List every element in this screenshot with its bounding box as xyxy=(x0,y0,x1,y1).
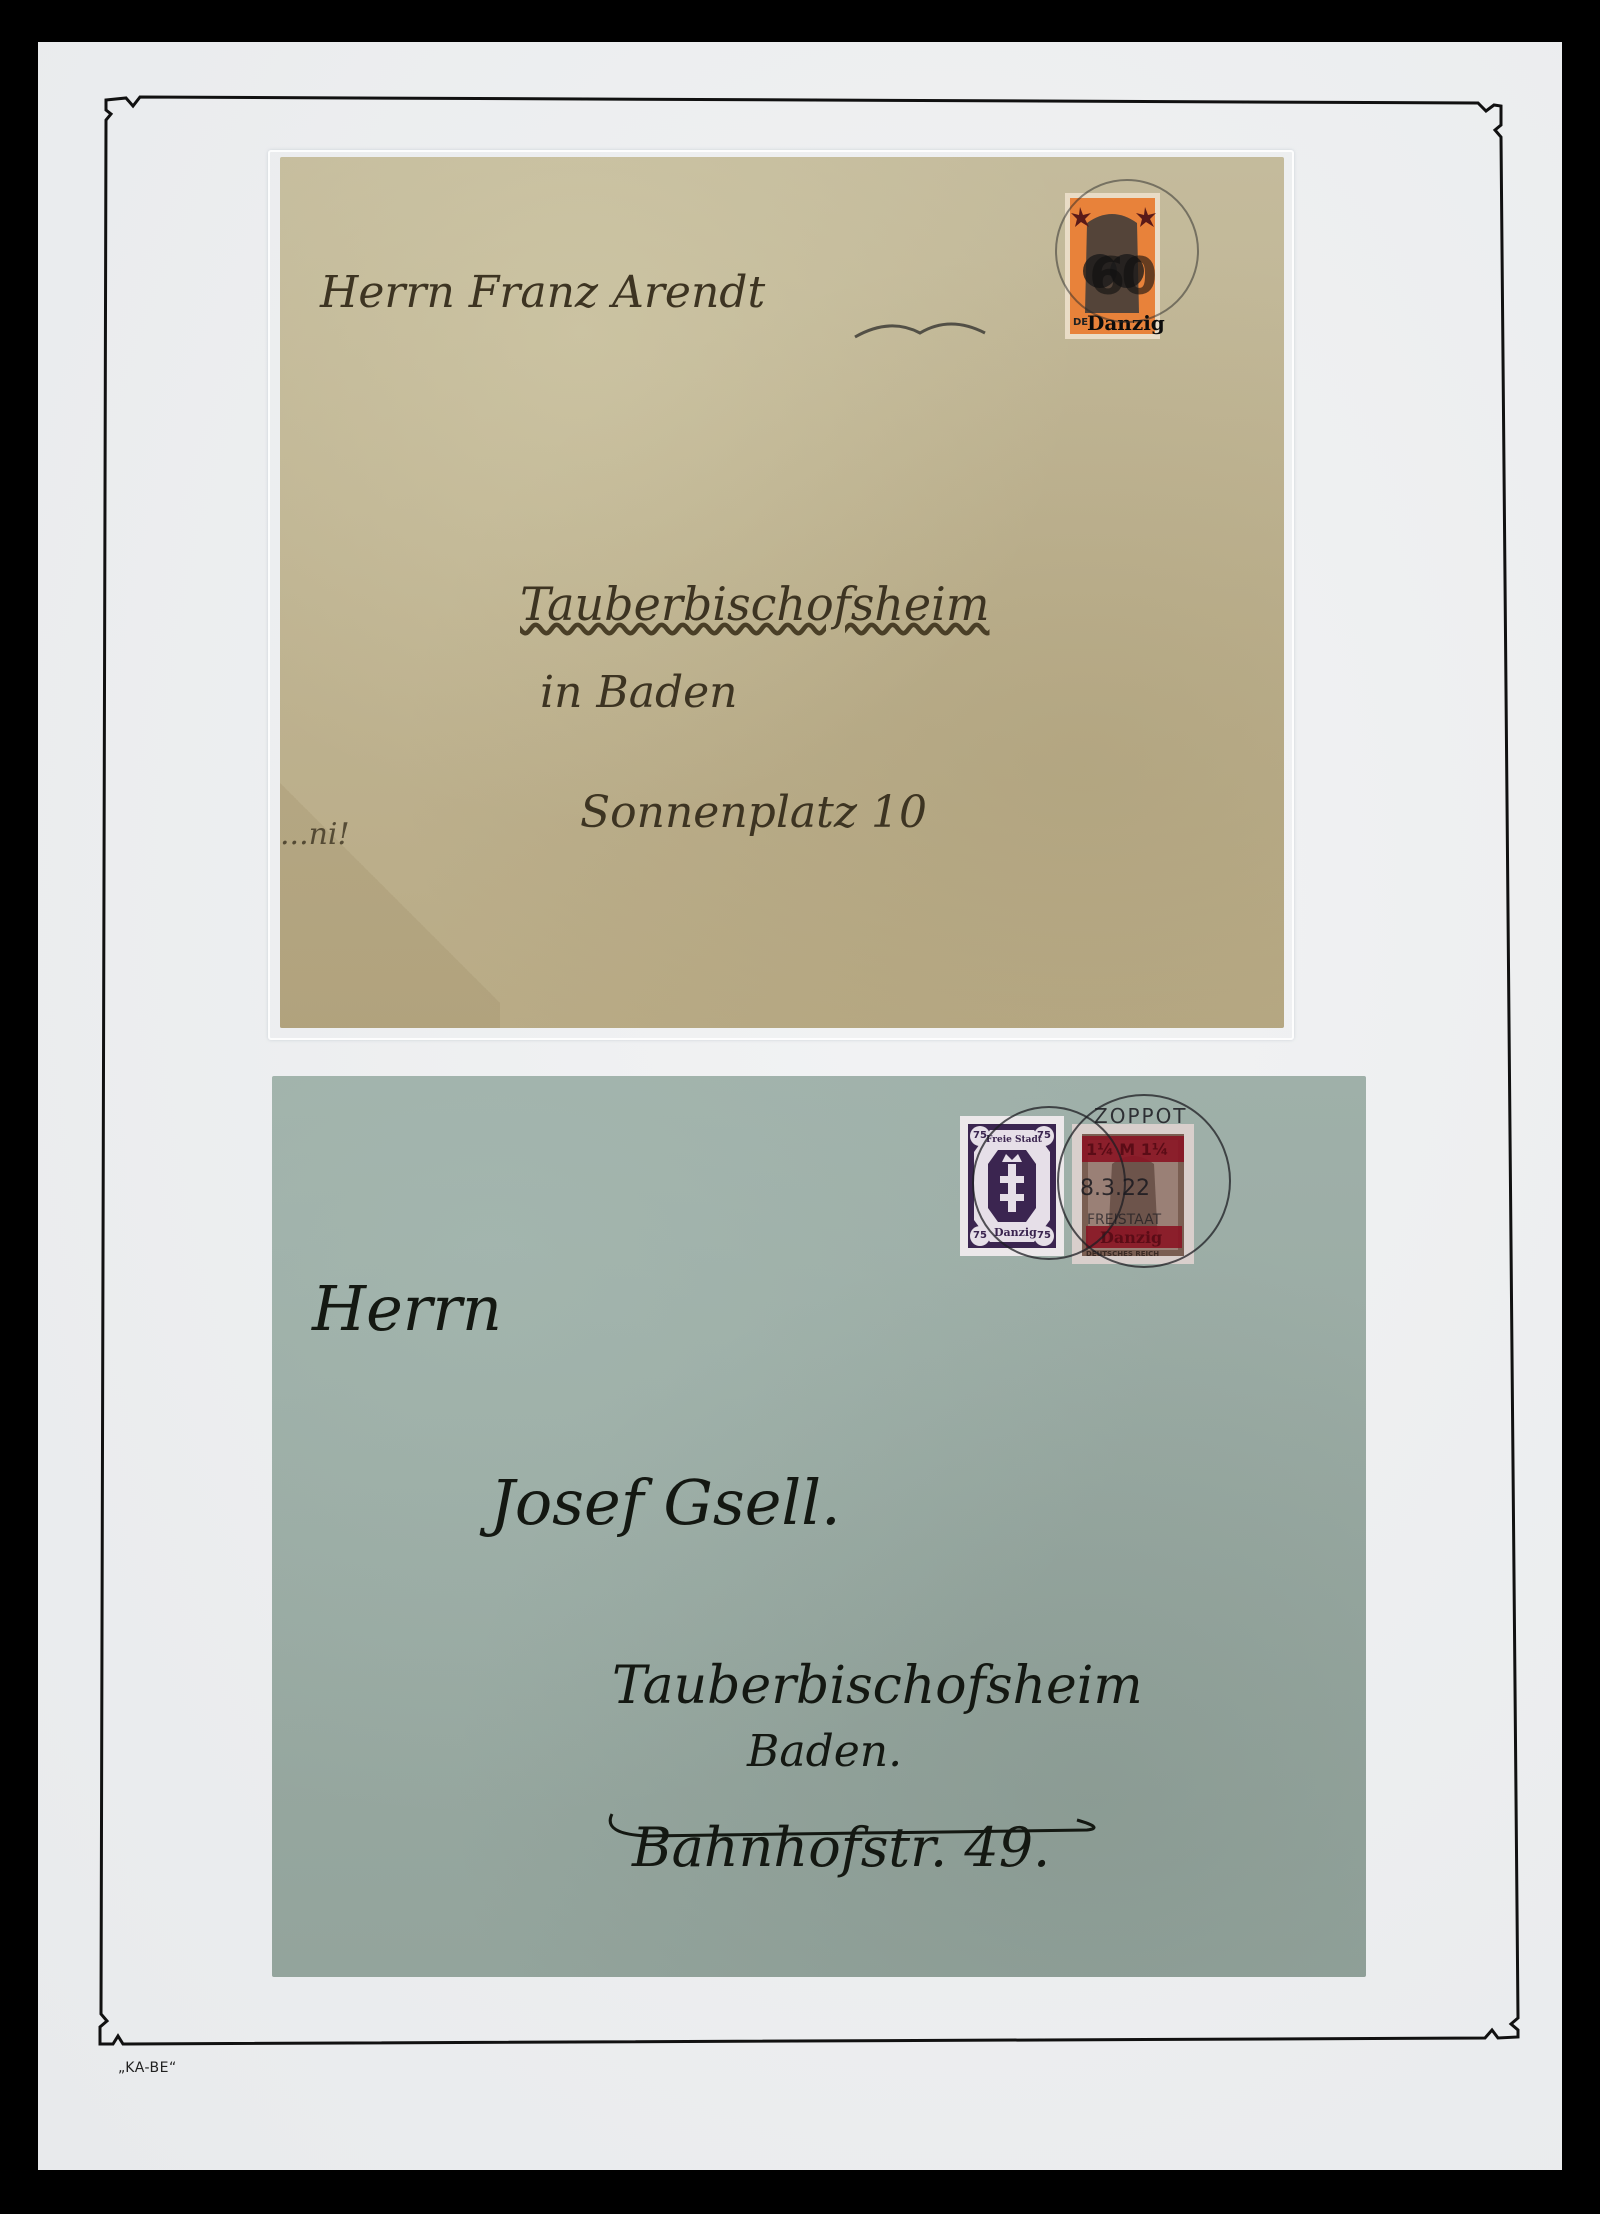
address-line-4: Sonnenplatz 10 xyxy=(580,787,927,838)
address-line-1: Herrn xyxy=(312,1272,502,1345)
margin-fragment: ...ni! xyxy=(280,817,350,852)
address-line-5: Bahnhofstr. 49. xyxy=(632,1816,1050,1879)
stamp-value-bl: 75 xyxy=(973,1230,987,1241)
cover-1-envelope[interactable]: 60 Danzig DE Herrn Franz Arendt Tauberbi… xyxy=(280,157,1284,1028)
cover-2-envelope[interactable]: 75 75 75 75 Freie Stadt Danzig 1¼ M 1¼ D… xyxy=(272,1076,1366,1977)
address-line-3: in Baden xyxy=(540,667,738,718)
address-line-1: Herrn Franz Arendt xyxy=(320,267,765,318)
postmark-town: ZOPPOT xyxy=(1094,1104,1188,1128)
cancel-mark-icon xyxy=(850,307,990,347)
address-line-4: Baden. xyxy=(747,1726,902,1777)
publisher-mark: „KA-BE“ xyxy=(118,2060,177,2076)
address-line-2: Tauberbischofsheim xyxy=(520,577,989,631)
postmark-cancel xyxy=(1055,179,1199,323)
envelope-flap-shadow xyxy=(280,758,500,1028)
postmark-date: 8.3.22 xyxy=(1080,1176,1150,1201)
postmark-bottom: FREISTAAT xyxy=(1087,1212,1161,1228)
stamp-base-text: DE xyxy=(1073,317,1088,328)
address-line-2: Josef Gsell. xyxy=(490,1466,841,1539)
address-line-3: Tauberbischofsheim xyxy=(612,1656,1143,1716)
